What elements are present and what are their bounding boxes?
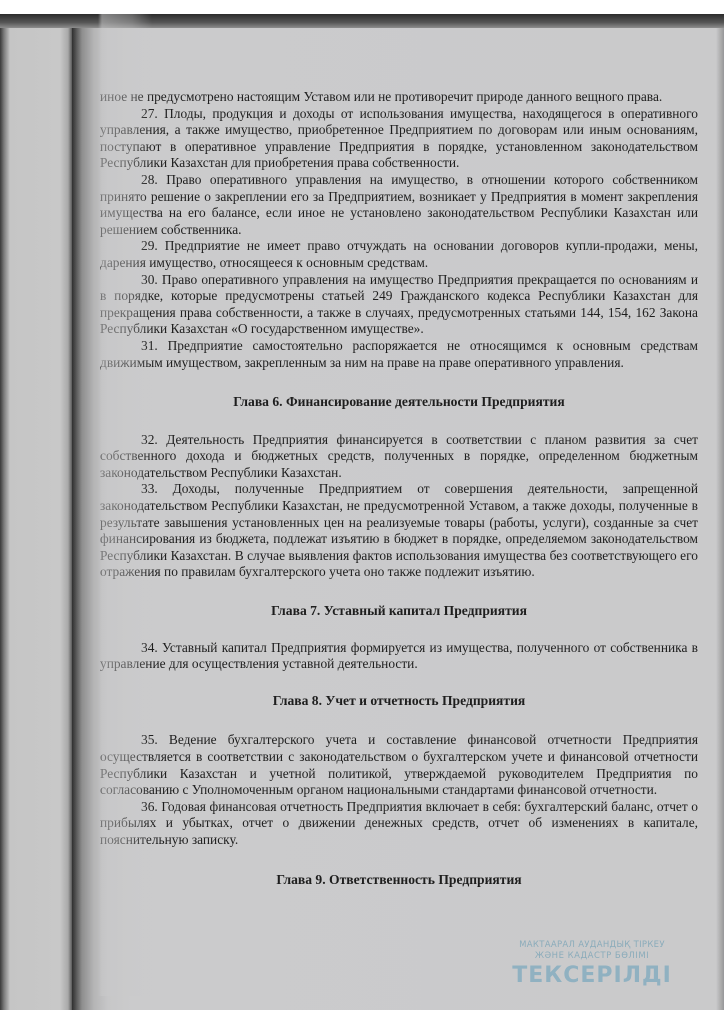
paragraph-31: 31. Предприятие самостоятельно распоряжа… <box>100 338 698 371</box>
previous-page-edge <box>0 28 72 1010</box>
chapter-8-heading: Глава 8. Учет и отчетность Предприятия <box>100 693 698 710</box>
paragraph-33: 33. Доходы, полученные Предприятием от с… <box>100 481 698 581</box>
paragraph-32: 32. Деятельность Предприятия финансирует… <box>100 432 698 482</box>
document-body: иное не предусмотрено настоящим Уставом … <box>100 89 698 888</box>
paragraph-26-continuation: иное не предусмотрено настоящим Уставом … <box>100 89 698 106</box>
paragraph-29: 29. Предприятие не имеет право отчуждать… <box>100 238 698 271</box>
paragraph-28: 28. Право оперативного управления на иму… <box>100 172 698 238</box>
registration-stamp: МАКТААРАЛ АУДАНДЫҚ ТІРКЕУ ЖӘНЕ КАДАСТР Б… <box>512 940 672 1002</box>
chapter-6-heading: Глава 6. Финансирование деятельности Пре… <box>100 394 698 411</box>
scan-top-shadow <box>0 14 724 28</box>
chapter-7-heading: Глава 7. Уставный капитал Предприятия <box>100 603 698 620</box>
stamp-line-1: МАКТААРАЛ АУДАНДЫҚ ТІРКЕУ <box>512 940 672 951</box>
paragraph-36: 36. Годовая финансовая отчетность Предпр… <box>100 799 698 849</box>
paragraph-30: 30. Право оперативного управления на иму… <box>100 272 698 338</box>
chapter-9-heading: Глава 9. Ответственность Предприятия <box>100 872 698 889</box>
paragraph-27: 27. Плоды, продукция и доходы от использ… <box>100 106 698 172</box>
stamp-verified-label: ТЕКСЕРІЛДІ <box>512 962 672 990</box>
paragraph-34: 34. Уставный капитал Предприятия формиру… <box>100 640 698 673</box>
paragraph-35: 35. Ведение бухгалтерского учета и соста… <box>100 732 698 798</box>
stamp-line-2: ЖӘНЕ КАДАСТР БӨЛІМІ <box>512 951 672 962</box>
page-right-edge <box>716 28 724 1010</box>
